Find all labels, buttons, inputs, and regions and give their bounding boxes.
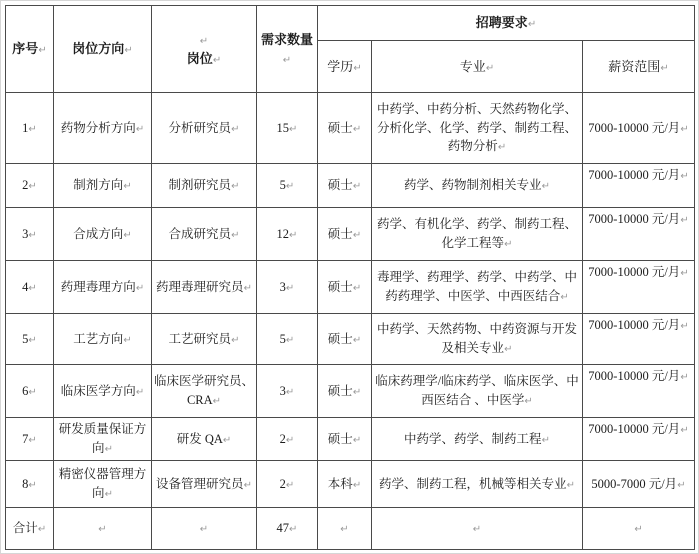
paragraph-mark-icon: ↵ [286,335,294,346]
header-label: 学历 [327,59,353,74]
major-cell: 中药学、中药分析、天然药物化学、分析化学、化学、药学、制药工程、药物分析↵ [372,93,583,164]
paragraph-mark-icon: ↵ [353,181,361,192]
cell-text: 硕士 [328,384,353,398]
degree-cell: 硕士↵ [318,365,372,418]
paragraph-mark-icon: ↵ [244,480,252,491]
position-cell: 分析研究员↵ [152,93,257,164]
paragraph-mark-icon: ↵ [353,124,361,135]
header-row-top: 序号↵ 岗位方向↵ ↵ 岗位↵ 需求数量↵ 招聘要求↵ [6,6,695,41]
major-cell: 毒理学、药理学、药学、中药学、中药药理学、中医学、中西医结合↵ [372,261,583,314]
paragraph-mark-icon: ↵ [498,142,506,153]
header-cell-major: 专业↵ [372,41,583,93]
paragraph-mark-icon: ↵ [244,283,252,294]
count-cell: 15↵ [257,93,318,164]
paragraph-mark-icon: ↵ [353,230,361,241]
paragraph-mark-icon: ↵ [28,435,36,446]
paragraph-mark-icon: ↵ [524,396,532,407]
direction-cell: 精密仪器管理方向↵ [54,461,152,508]
position-cell: 工艺研究员↵ [152,314,257,365]
header-label: 岗位方向 [72,41,124,56]
cell-text: 7000-10000 元/月 [588,422,680,436]
paragraph-mark-icon: ↵ [680,372,688,383]
cell-text: 47 [277,521,290,535]
position-cell: 设备管理研究员↵ [152,461,257,508]
paragraph-mark-icon: ↵ [680,171,688,182]
cell-text: 制剂研究员 [169,178,232,192]
cell-text: 毒理学、药理学、药学、中药学、中药药理学、中医学、中西医结合 [377,270,577,303]
cell-text: 分析研究员 [169,121,232,135]
paragraph-mark-icon: ↵ [353,63,361,74]
major-cell: 临床药理学/临床药学、临床医学、中西医结合 、中医学↵ [372,365,583,418]
degree-cell: 硕士↵ [318,93,372,164]
serial-cell: 4↵ [6,261,54,314]
cell-text: 合成研究员 [169,227,232,241]
total-row: 合计↵↵↵47↵↵↵↵ [6,508,695,550]
cell-text: 药物分析方向 [61,121,136,135]
paragraph-mark-icon: ↵ [98,524,106,535]
serial-cell: 1↵ [6,93,54,164]
header-label: 岗位 [187,51,213,66]
cell-text: 7000-10000 元/月 [588,121,680,135]
major-cell: 药学、制药工程，机械等相关专业↵ [372,461,583,508]
serial-cell: 6↵ [6,365,54,418]
cell-text: 7000-10000 元/月 [588,212,680,226]
table-row: 3↵合成方向↵合成研究员↵12↵硕士↵药学、有机化学、药学、制药工程、化学工程等… [6,208,695,261]
empty-line: ↵ [154,30,254,50]
cell-text: 7000-10000 元/月 [588,265,680,279]
table-row: 7↵研发质量保证方向↵研发 QA↵2↵硕士↵中药学、药学、制药工程↵7000-1… [6,418,695,461]
direction-cell: 药理毒理方向↵ [54,261,152,314]
paragraph-mark-icon: ↵ [542,435,550,446]
paragraph-mark-icon: ↵ [38,45,46,56]
cell-text: 临床医学方向 [61,384,136,398]
direction-cell: 工艺方向↵ [54,314,152,365]
direction-cell: 临床医学方向↵ [54,365,152,418]
paragraph-mark-icon: ↵ [200,36,208,47]
paragraph-mark-icon: ↵ [289,524,297,535]
table-body: 1↵药物分析方向↵分析研究员↵15↵硕士↵中药学、中药分析、天然药物化学、分析化… [6,93,695,550]
paragraph-mark-icon: ↵ [231,230,239,241]
salary-cell: ↵ [583,508,695,550]
paragraph-mark-icon: ↵ [105,489,113,500]
paragraph-mark-icon: ↵ [124,45,132,56]
cell-text: 7000-10000 元/月 [588,168,680,182]
paragraph-mark-icon: ↵ [567,480,575,491]
serial-cell: 7↵ [6,418,54,461]
paragraph-mark-icon: ↵ [136,387,144,398]
position-cell: ↵ [152,508,257,550]
salary-cell: 5000-7000 元/月↵ [583,461,695,508]
paragraph-mark-icon: ↵ [542,181,550,192]
table-row: 2↵制剂方向↵制剂研究员↵5↵硕士↵药学、药物制剂相关专业↵7000-10000… [6,164,695,208]
cell-text: 硕士 [328,432,353,446]
cell-text: 硕士 [328,280,353,294]
cell-text: 研发 QA [177,432,223,446]
count-cell: 12↵ [257,208,318,261]
cell-text: 12 [277,227,290,241]
header-cell-serial: 序号↵ [6,6,54,93]
cell-text: 工艺研究员 [169,332,232,346]
paragraph-mark-icon: ↵ [200,524,208,535]
major-cell: 药学、有机化学、药学、制药工程、化学工程等↵ [372,208,583,261]
header-label: 专业 [460,59,486,74]
paragraph-mark-icon: ↵ [486,63,494,74]
major-cell: ↵ [372,508,583,550]
paragraph-mark-icon: ↵ [28,124,36,135]
salary-cell: 7000-10000 元/月↵ [583,365,695,418]
header-label: 招聘要求 [476,15,528,30]
count-cell: 2↵ [257,418,318,461]
paragraph-mark-icon: ↵ [213,55,221,66]
table-row: 4↵药理毒理方向↵药理毒理研究员↵3↵硕士↵毒理学、药理学、药学、中药学、中药药… [6,261,695,314]
paragraph-mark-icon: ↵ [136,283,144,294]
paragraph-mark-icon: ↵ [28,283,36,294]
paragraph-mark-icon: ↵ [286,387,294,398]
degree-cell: 本科↵ [318,461,372,508]
degree-cell: 硕士↵ [318,208,372,261]
header-cell-direction: 岗位方向↵ [54,6,152,93]
paragraph-mark-icon: ↵ [289,230,297,241]
paragraph-mark-icon: ↵ [123,181,131,192]
table-row: 6↵临床医学方向↵临床医学研究员、CRA↵3↵硕士↵临床药理学/临床药学、临床医… [6,365,695,418]
cell-text: 中药学、天然药物、中药资源与开发及相关专业 [377,322,577,355]
paragraph-mark-icon: ↵ [289,124,297,135]
serial-cell: 5↵ [6,314,54,365]
paragraph-mark-icon: ↵ [28,387,36,398]
cell-text: 设备管理研究员 [156,477,244,491]
paragraph-mark-icon: ↵ [528,19,536,30]
header-cell-position: ↵ 岗位↵ [152,6,257,93]
salary-cell: 7000-10000 元/月↵ [583,208,695,261]
paragraph-mark-icon: ↵ [38,524,46,535]
cell-text: 7000-10000 元/月 [588,369,680,383]
count-cell: 3↵ [257,261,318,314]
salary-cell: 7000-10000 元/月↵ [583,93,695,164]
header-cell-requirements: 招聘要求↵ [318,6,695,41]
paragraph-mark-icon: ↵ [340,524,348,535]
recruitment-table: 序号↵ 岗位方向↵ ↵ 岗位↵ 需求数量↵ 招聘要求↵ 学历↵ 专业↵ 薪资范围… [5,5,695,550]
cell-text: 15 [277,121,290,135]
cell-text: 7000-10000 元/月 [588,318,680,332]
paragraph-mark-icon: ↵ [560,292,568,303]
paragraph-mark-icon: ↵ [223,435,231,446]
count-cell: 2↵ [257,461,318,508]
position-cell: 临床医学研究员、CRA↵ [152,365,257,418]
count-cell: 5↵ [257,164,318,208]
degree-cell: 硕士↵ [318,164,372,208]
cell-text: 中药学、药学、制药工程 [404,432,542,446]
document-page: 序号↵ 岗位方向↵ ↵ 岗位↵ 需求数量↵ 招聘要求↵ 学历↵ 专业↵ 薪资范围… [0,0,699,554]
paragraph-mark-icon: ↵ [283,55,291,66]
paragraph-mark-icon: ↵ [504,239,512,250]
major-cell: 药学、药物制剂相关专业↵ [372,164,583,208]
position-cell: 研发 QA↵ [152,418,257,461]
paragraph-mark-icon: ↵ [504,344,512,355]
cell-text: 药学、药物制剂相关专业 [404,178,542,192]
cell-text: 合成方向 [73,227,123,241]
paragraph-mark-icon: ↵ [213,396,221,407]
degree-cell: 硕士↵ [318,418,372,461]
serial-cell: 2↵ [6,164,54,208]
paragraph-mark-icon: ↵ [353,435,361,446]
paragraph-mark-icon: ↵ [680,215,688,226]
paragraph-mark-icon: ↵ [286,283,294,294]
cell-text: 硕士 [328,178,353,192]
paragraph-mark-icon: ↵ [353,480,361,491]
direction-cell: 药物分析方向↵ [54,93,152,164]
position-cell: 合成研究员↵ [152,208,257,261]
paragraph-mark-icon: ↵ [677,480,685,491]
paragraph-mark-icon: ↵ [136,124,144,135]
cell-text: 合计 [13,521,38,535]
salary-cell: 7000-10000 元/月↵ [583,261,695,314]
direction-cell: ↵ [54,508,152,550]
major-cell: 中药学、天然药物、中药资源与开发及相关专业↵ [372,314,583,365]
serial-cell: 合计↵ [6,508,54,550]
position-cell: 药理毒理研究员↵ [152,261,257,314]
paragraph-mark-icon: ↵ [680,124,688,135]
paragraph-mark-icon: ↵ [123,335,131,346]
count-cell: 5↵ [257,314,318,365]
cell-text: 临床药理学/临床药学、临床医学、中西医结合 、中医学 [375,374,578,407]
header-label: 薪资范围 [608,59,660,74]
paragraph-mark-icon: ↵ [28,230,36,241]
cell-text: 制剂方向 [73,178,123,192]
degree-cell: 硕士↵ [318,314,372,365]
cell-text: 硕士 [328,227,353,241]
cell-text: 药理毒理研究员 [156,280,244,294]
direction-cell: 合成方向↵ [54,208,152,261]
count-cell: 47↵ [257,508,318,550]
cell-text: 5000-7000 元/月 [591,477,677,491]
salary-cell: 7000-10000 元/月↵ [583,314,695,365]
degree-cell: 硕士↵ [318,261,372,314]
cell-text: 硕士 [328,121,353,135]
salary-cell: 7000-10000 元/月↵ [583,164,695,208]
cell-text: 临床医学研究员、CRA [154,374,254,407]
paragraph-mark-icon: ↵ [353,283,361,294]
header-cell-salary: 薪资范围↵ [583,41,695,93]
major-cell: 中药学、药学、制药工程↵ [372,418,583,461]
degree-cell: ↵ [318,508,372,550]
cell-text: 工艺方向 [73,332,123,346]
table-row: 8↵精密仪器管理方向↵设备管理研究员↵2↵本科↵药学、制药工程，机械等相关专业↵… [6,461,695,508]
cell-text: 硕士 [328,332,353,346]
paragraph-mark-icon: ↵ [680,425,688,436]
cell-text: 药理毒理方向 [61,280,136,294]
paragraph-mark-icon: ↵ [680,321,688,332]
paragraph-mark-icon: ↵ [105,444,113,455]
header-label-line: 岗位↵ [154,49,254,69]
paragraph-mark-icon: ↵ [286,181,294,192]
direction-cell: 制剂方向↵ [54,164,152,208]
header-cell-degree: 学历↵ [318,41,372,93]
paragraph-mark-icon: ↵ [123,230,131,241]
paragraph-mark-icon: ↵ [28,480,36,491]
cell-text: 中药学、中药分析、天然药物化学、分析化学、化学、药学、制药工程、药物分析 [377,102,577,154]
cell-text: 药学、制药工程，机械等相关专业 [379,477,567,491]
header-cell-count: 需求数量↵ [257,6,318,93]
table-row: 1↵药物分析方向↵分析研究员↵15↵硕士↵中药学、中药分析、天然药物化学、分析化… [6,93,695,164]
table-row: 5↵工艺方向↵工艺研究员↵5↵硕士↵中药学、天然药物、中药资源与开发及相关专业↵… [6,314,695,365]
serial-cell: 8↵ [6,461,54,508]
paragraph-mark-icon: ↵ [231,181,239,192]
salary-cell: 7000-10000 元/月↵ [583,418,695,461]
paragraph-mark-icon: ↵ [231,124,239,135]
paragraph-mark-icon: ↵ [660,63,668,74]
cell-text: 研发质量保证方向 [59,422,147,455]
count-cell: 3↵ [257,365,318,418]
paragraph-mark-icon: ↵ [353,387,361,398]
paragraph-mark-icon: ↵ [28,181,36,192]
cell-text: 本科 [328,477,353,491]
paragraph-mark-icon: ↵ [473,524,481,535]
direction-cell: 研发质量保证方向↵ [54,418,152,461]
paragraph-mark-icon: ↵ [286,435,294,446]
paragraph-mark-icon: ↵ [353,335,361,346]
serial-cell: 3↵ [6,208,54,261]
cell-text: 精密仪器管理方向 [59,467,147,500]
paragraph-mark-icon: ↵ [28,335,36,346]
position-cell: 制剂研究员↵ [152,164,257,208]
paragraph-mark-icon: ↵ [286,480,294,491]
cell-text: 药学、有机化学、药学、制药工程、化学工程等 [377,217,577,250]
paragraph-mark-icon: ↵ [231,335,239,346]
header-label: 序号 [12,41,38,56]
paragraph-mark-icon: ↵ [680,268,688,279]
header-label: 需求数量 [261,32,313,47]
paragraph-mark-icon: ↵ [634,524,642,535]
